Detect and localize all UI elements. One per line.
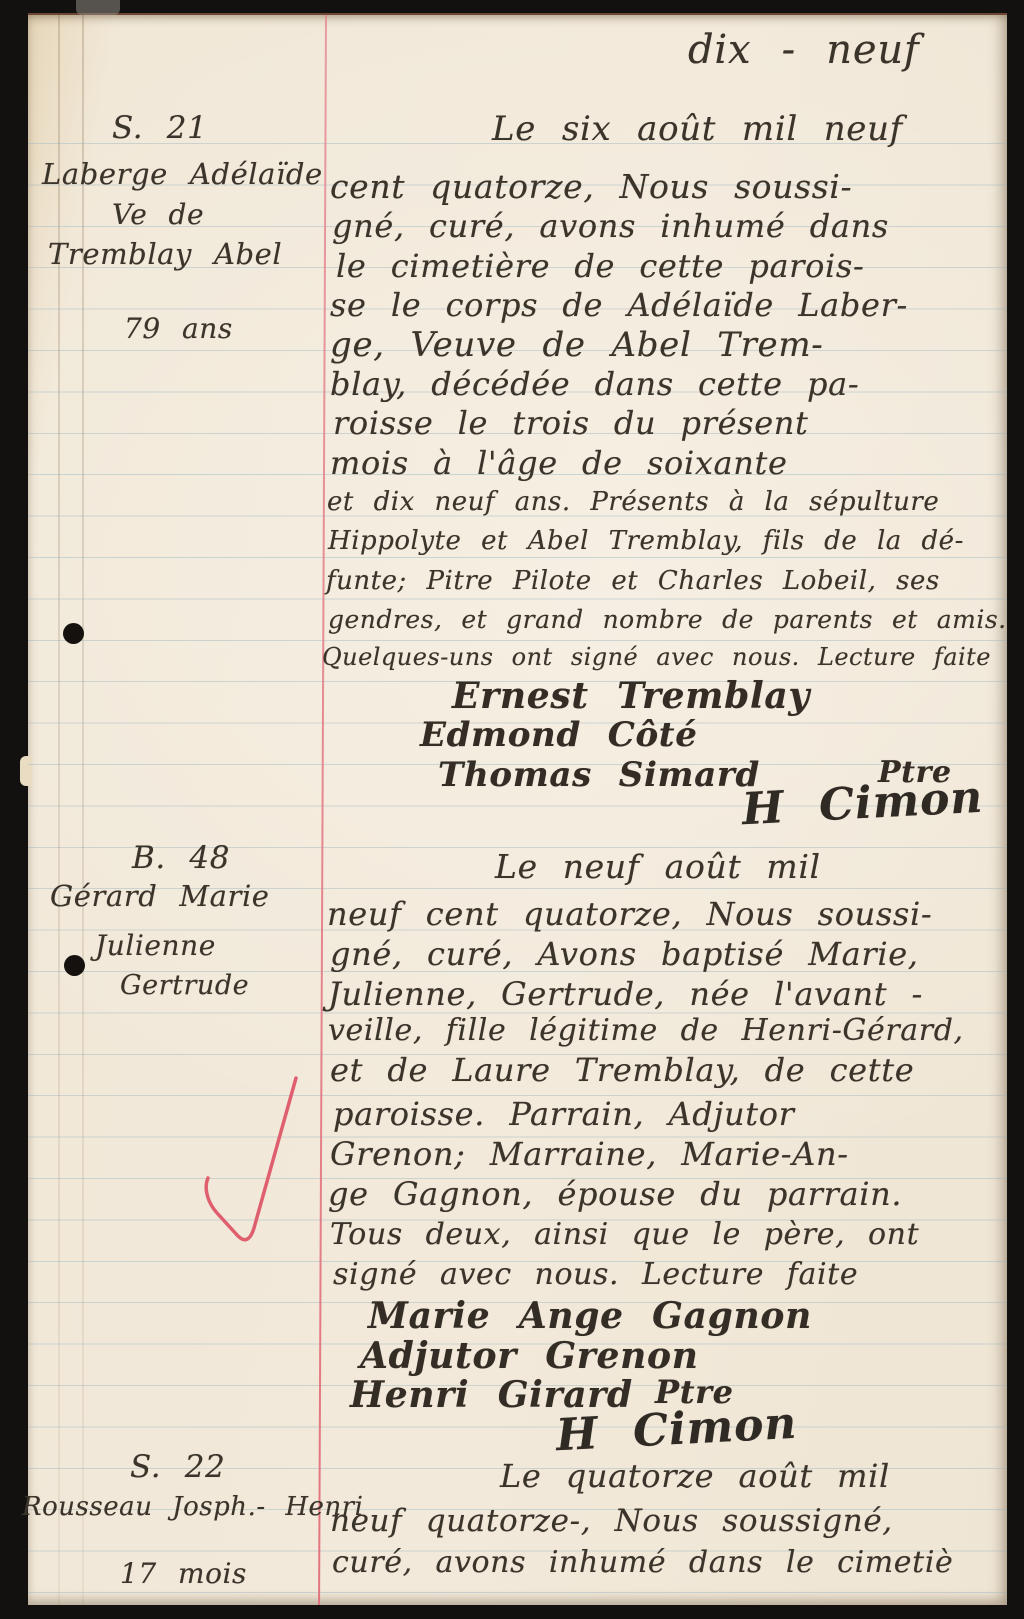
record-text-line: roisse le trois du présent [333, 407, 809, 439]
record-text-line: gné, curé, Avons baptisé Marie, [330, 938, 919, 970]
record-text-line: curé, avons inhumé dans le cimetiè [332, 1548, 953, 1578]
record-text-line: blay, décédée dans cette pa- [330, 368, 859, 400]
record-text-line: Hippolyte et Abel Tremblay, fils de la d… [328, 528, 964, 554]
record-text-line: Le six août mil neuf [492, 112, 903, 146]
entry-margin-name-line: Ve de [112, 201, 204, 229]
record-text-line: neuf quatorze-, Nous soussigné, [330, 1506, 893, 1537]
page-top-edge [28, 13, 1007, 15]
scanned-register-page: dix - neuf S. 21 Laberge Adélaïde Ve de … [0, 0, 1024, 1619]
record-text-line: gendres, et grand nombre de parents et a… [328, 607, 1007, 632]
signature-name: Ernest Tremblay [452, 678, 810, 714]
record-text-line: ge Gagnon, épouse du parrain. [328, 1178, 902, 1210]
punch-hole [64, 955, 85, 976]
record-text-line: Tous deux, ainsi que le père, ont [330, 1220, 919, 1250]
record-text-line: Le quatorze août mil [500, 1460, 890, 1492]
scan-artifact [76, 0, 120, 15]
record-text-line: signé avec nous. Lecture faite [333, 1260, 858, 1290]
entry-margin-name-line: Gérard Marie [50, 882, 270, 911]
record-text-line: mois à l'âge de soixante [330, 447, 788, 479]
signature-name: Adjutor Grenon [360, 1338, 699, 1374]
entry-margin-code: B. 48 [132, 843, 230, 874]
signature-name: Thomas Simard [438, 758, 760, 792]
record-text-line: gné, curé, avons inhumé dans [332, 210, 889, 242]
record-text-line: le cimetière de cette parois- [336, 250, 864, 282]
signature-name: Marie Ange Gagnon [368, 1298, 812, 1334]
red-check-mark [195, 1068, 315, 1248]
record-text-line: Quelques-uns ont signé avec nous. Lectur… [322, 645, 991, 669]
entry-margin-name-line: Rousseau Josph.- Henri [22, 1494, 364, 1520]
record-text-line: veille, fille légitime de Henri-Gérard, [328, 1016, 964, 1046]
record-text-line: cent quatorze, Nous soussi- [330, 170, 852, 203]
punch-hole [63, 623, 84, 644]
record-text-line: se le corps de Adélaïde Laber- [330, 289, 908, 321]
record-text-line: paroisse. Parrain, Adjutor [333, 1098, 795, 1130]
priest-signature: H Cimon [741, 776, 984, 833]
priest-signature: H Cimon [555, 1402, 798, 1459]
record-text-line: neuf cent quatorze, Nous soussi- [327, 898, 932, 930]
signature-name: Edmond Côté [420, 718, 698, 752]
entry-margin-code: S. 21 [112, 113, 207, 144]
entry-age: 79 ans [124, 315, 233, 343]
entry-margin-code: S. 22 [130, 1452, 225, 1483]
entry-margin-name-line: Laberge Adélaïde [42, 160, 323, 189]
record-text-line: et dix neuf ans. Présents à la sépulture [327, 489, 939, 515]
record-text-line: funte; Pitre Pilote et Charles Lobeil, s… [326, 568, 940, 594]
entry-margin-name-line: Julienne [95, 932, 216, 960]
record-text-line: Julienne, Gertrude, née l'avant - [328, 978, 923, 1010]
entry-margin-name-line: Gertrude [120, 972, 249, 999]
entry-margin-name-line: Tremblay Abel [48, 240, 282, 269]
entry-age: 17 mois [120, 1560, 247, 1588]
record-text-line: Le neuf août mil [495, 850, 821, 883]
record-text-line: ge, Veuve de Abel Trem- [330, 328, 823, 362]
page-number: dix - neuf [688, 30, 920, 70]
record-text-line: Grenon; Marraine, Marie-An- [330, 1138, 849, 1170]
record-text-line: et de Laure Tremblay, de cette [330, 1054, 914, 1086]
